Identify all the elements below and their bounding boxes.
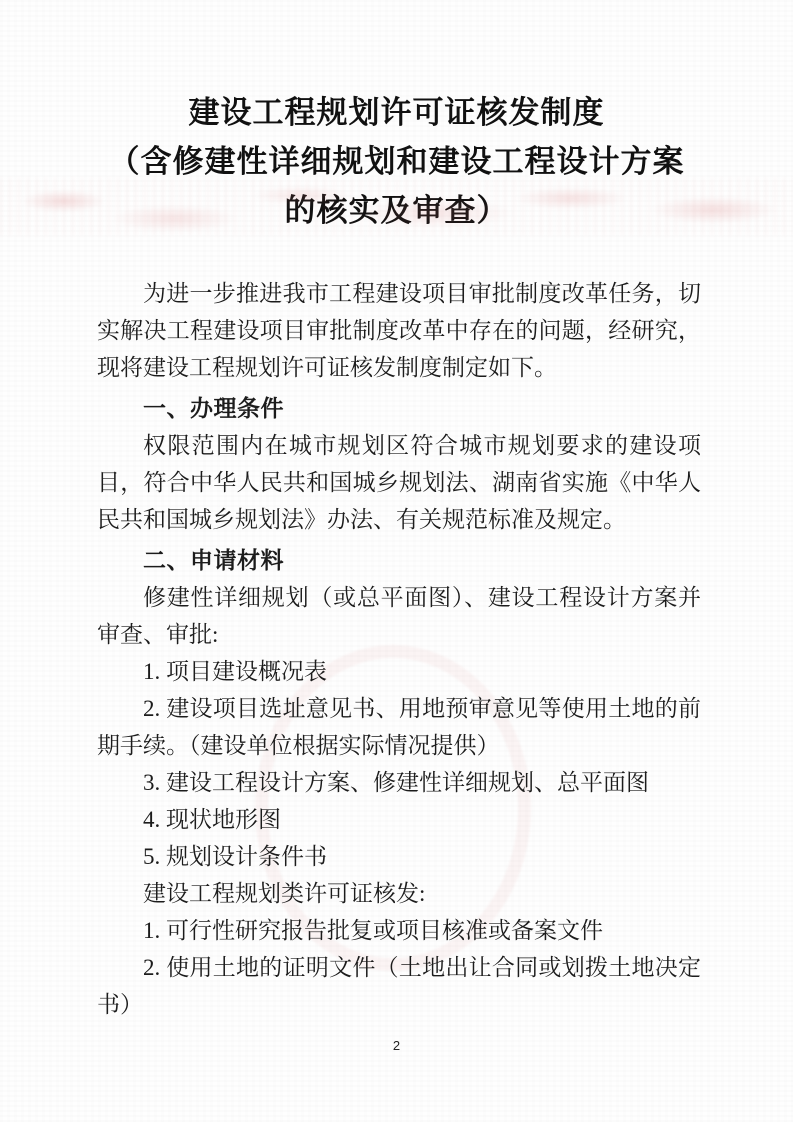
paragraph: 权限范围内在城市规划区符合城市规划要求的建设项目，符合中华人民共和国城乡规划法、… bbox=[97, 427, 701, 538]
section-heading: 一、办理条件 bbox=[97, 390, 701, 427]
section-heading: 二、申请材料 bbox=[97, 542, 701, 579]
paragraph: 修建性详细规划（或总平面图）、建设工程设计方案并审查、审批: bbox=[97, 579, 701, 653]
paragraph: 建设工程规划类许可证核发: bbox=[97, 875, 701, 912]
page-number: 2 bbox=[0, 1038, 793, 1053]
paragraph: 5. 规划设计条件书 bbox=[97, 838, 701, 875]
paragraph: 2. 使用土地的证明文件（土地出让合同或划拨土地决定书） bbox=[97, 949, 701, 1023]
paragraph: 4. 现状地形图 bbox=[97, 801, 701, 838]
paragraph: 1. 项目建设概况表 bbox=[97, 653, 701, 690]
title-line-2: （含修建性详细规划和建设工程设计方案 bbox=[109, 144, 685, 179]
paragraph: 为进一步推进我市工程建设项目审批制度改革任务，切实解决工程建设项目审批制度改革中… bbox=[97, 275, 701, 386]
paragraph: 1. 可行性研究报告批复或项目核准或备案文件 bbox=[97, 912, 701, 949]
paragraph: 2. 建设项目选址意见书、用地预审意见等使用土地的前期手续。（建设单位根据实际情… bbox=[97, 690, 701, 764]
scanned-document-page: 建设工程规划许可证核发制度 （含修建性详细规划和建设工程设计方案 的核实及审查）… bbox=[0, 0, 793, 1122]
document-title: 建设工程规划许可证核发制度 （含修建性详细规划和建设工程设计方案 的核实及审查） bbox=[0, 0, 793, 235]
document-body: 为进一步推进我市工程建设项目审批制度改革任务，切实解决工程建设项目审批制度改革中… bbox=[0, 275, 793, 1023]
title-line-3: 的核实及审查） bbox=[285, 193, 509, 228]
paragraph: 3. 建设工程设计方案、修建性详细规划、总平面图 bbox=[97, 764, 701, 801]
title-line-1: 建设工程规划许可证核发制度 bbox=[189, 95, 605, 130]
